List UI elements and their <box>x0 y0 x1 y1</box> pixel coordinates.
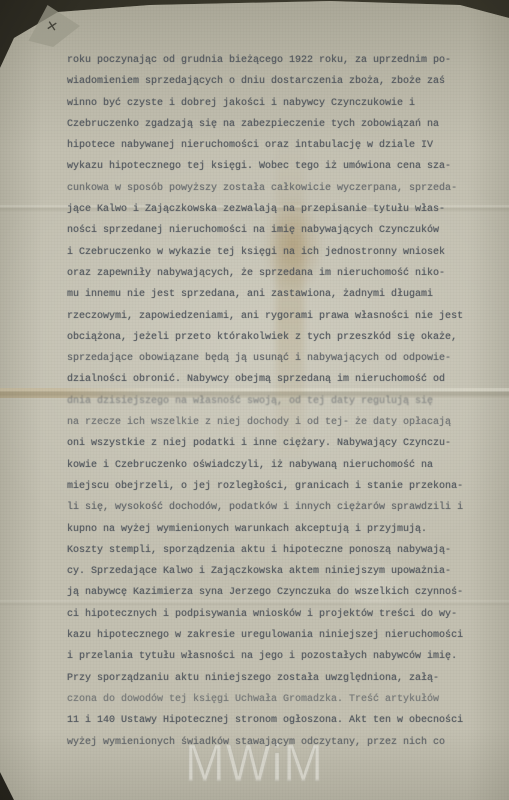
text-line: oni wszystkie z niej podatki i inne cięż… <box>67 433 471 454</box>
text-line: na rzecze ich wszelkie z niej dochody i … <box>67 412 471 433</box>
typewritten-text: roku poczynając od grudnia bieżącego 192… <box>67 50 471 753</box>
text-line: Czebruczenko zgadzają się na zabezpiecze… <box>67 114 471 135</box>
text-line: i przelania tytułu własności na jego i p… <box>67 646 471 667</box>
text-line: li się, wysokość dochodów, podatków i in… <box>67 497 471 518</box>
text-line: sprzedające obowiązane będą ją usunąć i … <box>67 348 471 369</box>
text-line: czona do dowodów tej księgi Uchwała Grom… <box>67 689 471 710</box>
text-line: mu innemu nie jest sprzedana, ani zastaw… <box>67 284 471 305</box>
text-line: cunkowa w sposób powyższy została całkow… <box>67 178 471 199</box>
text-line: rzeczowymi, zapowiedzeniami, ani rygoram… <box>67 306 471 327</box>
text-line: i Czebruczenko w wykazie tej księgi na i… <box>67 242 471 263</box>
text-line: kowie i Czebruczenko oświadczyli, iż nab… <box>67 455 471 476</box>
text-line: winno być czyste i dobrej jakości i naby… <box>67 93 471 114</box>
text-line: oraz zapewniły nabywających, że sprzedan… <box>67 263 471 284</box>
document-page: MWiM roku poczynając od grudnia bieżąceg… <box>0 0 509 800</box>
text-line: 11 i 140 Ustawy Hipotecznej stronom ogło… <box>67 710 471 731</box>
text-line: Przy sporządzaniu aktu niniejszego zosta… <box>67 668 471 689</box>
text-line: wyżej wymienionych świadków stawającym o… <box>67 732 471 753</box>
text-line: roku poczynając od grudnia bieżącego 192… <box>67 50 471 71</box>
text-line: ci hipotecznych i podpisywania wniosków … <box>67 604 471 625</box>
text-line: jące Kalwo i Zajączkowska zezwalają na p… <box>67 199 471 220</box>
text-line: obciążona, jeżeli przeto którakolwiek z … <box>67 327 471 348</box>
text-line: hipotece nabywanej nieruchomości oraz in… <box>67 135 471 156</box>
text-line: wiadomieniem sprzedających o dniu dostar… <box>67 71 471 92</box>
text-line: miejscu obejrzeli, o jej rozległości, gr… <box>67 476 471 497</box>
text-line: kupno na wyżej wymienionych warunkach ak… <box>67 519 471 540</box>
text-line: wykazu hipotecznego tej księgi. Wobec te… <box>67 156 471 177</box>
text-line: kazu hipotecznego w zakresie uregulowani… <box>67 625 471 646</box>
text-line: ności sprzedanej nieruchomości na imię n… <box>67 220 471 241</box>
text-line: dzialności obronić. Nabywcy obejmą sprze… <box>67 369 471 390</box>
photo-background: MWiM roku poczynając od grudnia bieżąceg… <box>0 0 509 800</box>
text-line: cy. Sprzedające Kalwo i Zajączkowska akt… <box>67 561 471 582</box>
text-line: Koszty stempli, sporządzenia aktu i hipo… <box>67 540 471 561</box>
text-line: dnia dzisiejszego na własność swoją, od … <box>67 391 471 412</box>
text-line: ją nabywcę Kazimierza syna Jerzego Czync… <box>67 582 471 603</box>
